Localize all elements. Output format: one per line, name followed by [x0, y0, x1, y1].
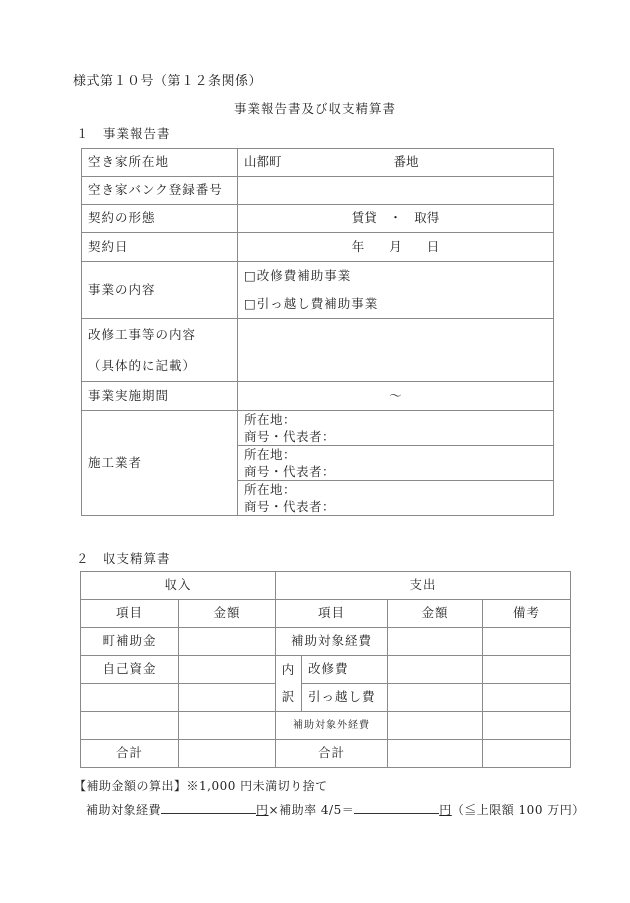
row-bank-number: 空き家バンク登録番号	[82, 177, 554, 205]
income-amount-cell[interactable]	[179, 628, 276, 656]
contractor-2-name: 商号・代表者：	[244, 463, 553, 480]
remarks-header: 備考	[483, 600, 571, 628]
income-amount-cell[interactable]	[179, 684, 276, 712]
expense-item-moving: 引っ越し費	[302, 684, 388, 712]
contract-date-label: 契約日	[82, 233, 238, 262]
business-content-label: 事業の内容	[82, 262, 238, 319]
income-amount-cell[interactable]	[179, 712, 276, 740]
calc-prefix: 補助対象経費	[86, 803, 161, 817]
row-contract-type: 契約の形態 賃貸 ・ 取得	[82, 205, 554, 233]
row-address: 空き家所在地 山都町 番地	[82, 149, 554, 177]
calc-rate: ×補助率 4/5＝	[269, 803, 355, 817]
header-row: 収入 支出	[81, 572, 571, 600]
address-suffix: 番地	[393, 154, 418, 169]
income-amount-cell[interactable]	[179, 656, 276, 684]
breakdown-label-2: 訳	[276, 684, 302, 712]
expense-item-eligible: 補助対象経費	[276, 628, 388, 656]
expense-amount-cell[interactable]	[388, 656, 483, 684]
row-contract-date: 契約日 年 月 日	[82, 233, 554, 262]
subsidy-amount-blank[interactable]	[354, 801, 439, 814]
row-renovation-details: 改修工事等の内容 （具体的に記載）	[82, 319, 554, 382]
expense-total-label: 合計	[276, 740, 388, 768]
table-row: 自己資金 内 改修費	[81, 656, 571, 684]
income-item-cell[interactable]	[81, 712, 179, 740]
income-header: 収入	[81, 572, 276, 600]
period-field[interactable]: ～	[238, 382, 554, 411]
expense-item-renovation: 改修費	[302, 656, 388, 684]
section2-heading: ２ 収支精算書	[76, 549, 171, 567]
table-row: 補助対象外経費	[81, 712, 571, 740]
breakdown-label-1: 内	[276, 656, 302, 684]
row-contractor-1: 施工業者 所在地： 商号・代表者：	[82, 411, 554, 446]
income-item-cell[interactable]	[81, 684, 179, 712]
calc-yen-2: 円	[439, 803, 452, 817]
remarks-cell[interactable]	[483, 656, 571, 684]
contractor-3-name: 商号・代表者：	[244, 498, 553, 515]
business-report-table: 空き家所在地 山都町 番地 空き家バンク登録番号 契約の形態 賃貸 ・ 取得 契…	[81, 148, 554, 516]
expense-item-ineligible: 補助対象外経費	[276, 712, 388, 740]
renovation-field[interactable]	[238, 319, 554, 382]
total-remarks-cell[interactable]	[483, 740, 571, 768]
checkbox-renovation-subsidy[interactable]: □改修費補助事業	[244, 262, 553, 290]
expense-amount-cell[interactable]	[388, 712, 483, 740]
expense-item-header: 項目	[276, 600, 388, 628]
eligible-expense-blank[interactable]	[161, 801, 256, 814]
contractor-entry-3[interactable]: 所在地： 商号・代表者：	[238, 481, 554, 516]
expense-amount-cell[interactable]	[388, 628, 483, 656]
calculation-heading: 【補助金額の算出】※1,000 円未満切り捨て	[74, 777, 328, 794]
income-item-town-subsidy: 町補助金	[81, 628, 179, 656]
section1-heading: １ 事業報告書	[76, 124, 171, 142]
row-period: 事業実施期間 ～	[82, 382, 554, 411]
address-town: 山都町	[244, 154, 282, 169]
expense-amount-header: 金額	[388, 600, 483, 628]
form-number: 様式第１０号（第１２条関係）	[73, 70, 262, 89]
contractor-1-name: 商号・代表者：	[244, 428, 553, 445]
checkbox-moving-subsidy[interactable]: □引っ越し費補助事業	[244, 290, 553, 318]
bank-number-field[interactable]	[238, 177, 554, 205]
address-label: 空き家所在地	[82, 149, 238, 177]
renovation-label: 改修工事等の内容 （具体的に記載）	[82, 319, 238, 382]
contractor-1-location: 所在地：	[244, 411, 553, 428]
contract-type-field[interactable]: 賃貸 ・ 取得	[238, 205, 554, 233]
contractor-3-location: 所在地：	[244, 481, 553, 498]
address-field[interactable]: 山都町 番地	[238, 149, 554, 177]
table-row: 町補助金 補助対象経費	[81, 628, 571, 656]
income-amount-header: 金額	[179, 600, 276, 628]
contractor-label: 施工業者	[82, 411, 238, 516]
business-content-options: □改修費補助事業 □引っ越し費補助事業	[238, 262, 554, 319]
renovation-label-line2: （具体的に記載）	[88, 350, 237, 381]
contractor-entry-2[interactable]: 所在地： 商号・代表者：	[238, 446, 554, 481]
remarks-cell[interactable]	[483, 684, 571, 712]
remarks-cell[interactable]	[483, 628, 571, 656]
subheader-row: 項目 金額 項目 金額 備考	[81, 600, 571, 628]
remarks-cell[interactable]	[483, 712, 571, 740]
expense-header: 支出	[276, 572, 571, 600]
total-row: 合計 合計	[81, 740, 571, 768]
income-item-header: 項目	[81, 600, 179, 628]
calc-cap: （≦上限額 100 万円）	[452, 803, 585, 817]
row-business-content: 事業の内容 □改修費補助事業 □引っ越し費補助事業	[82, 262, 554, 319]
expense-total-amount[interactable]	[388, 740, 483, 768]
income-total-amount[interactable]	[179, 740, 276, 768]
document-title: 事業報告書及び収支精算書	[0, 99, 630, 117]
income-item-own-funds: 自己資金	[81, 656, 179, 684]
bank-number-label: 空き家バンク登録番号	[82, 177, 238, 205]
table-row: 訳 引っ越し費	[81, 684, 571, 712]
contract-date-field[interactable]: 年 月 日	[238, 233, 554, 262]
income-expense-table: 収入 支出 項目 金額 項目 金額 備考 町補助金 補助対象経費 自己資金 内 …	[80, 571, 571, 768]
income-total-label: 合計	[81, 740, 179, 768]
period-label: 事業実施期間	[82, 382, 238, 411]
contract-type-label: 契約の形態	[82, 205, 238, 233]
calc-yen-1: 円	[256, 803, 269, 817]
calculation-formula: 補助対象経費円×補助率 4/5＝円（≦上限額 100 万円）	[86, 801, 585, 818]
expense-amount-cell[interactable]	[388, 684, 483, 712]
contractor-entry-1[interactable]: 所在地： 商号・代表者：	[238, 411, 554, 446]
renovation-label-line1: 改修工事等の内容	[88, 319, 237, 350]
contractor-2-location: 所在地：	[244, 446, 553, 463]
